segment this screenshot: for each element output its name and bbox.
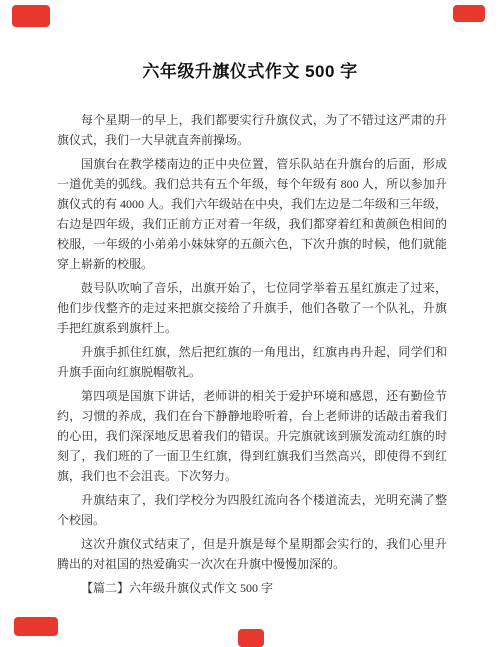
essay-paragraph: 国旗台在教学楼南边的正中央位置，管乐队站在升旗台的后面，形成一道优美的弧线。我们… bbox=[57, 154, 447, 274]
red-corner-mark-bottom-center bbox=[238, 629, 264, 647]
essay-paragraph: 每个星期一的早上，我们都要实行升旗仪式，为了不错过这严肃的升旗仪式，我们一大早就… bbox=[57, 110, 447, 150]
essay-paragraph-section-heading: 【篇二】六年级升旗仪式作文 500 字 bbox=[57, 578, 447, 598]
essay-body: 每个星期一的早上，我们都要实行升旗仪式，为了不错过这严肃的升旗仪式，我们一大早就… bbox=[57, 110, 447, 598]
page-title: 六年级升旗仪式作文 500 字 bbox=[0, 60, 500, 84]
essay-paragraph: 升旗手抓住红旗，然后把红旗的一角甩出，红旗冉冉升起，同学们和升旗手面向红旗脱帽敬… bbox=[57, 342, 447, 382]
essay-paragraph: 这次升旗仪式结束了，但是升旗是每个星期都会实行的，我们心里升腾出的对祖国的热爱确… bbox=[57, 534, 447, 574]
document-page: 六年级升旗仪式作文 500 字 每个星期一的早上，我们都要实行升旗仪式，为了不错… bbox=[0, 0, 500, 647]
red-corner-mark-top-right bbox=[453, 5, 485, 22]
essay-paragraph: 升旗结束了，我们学校分为四股红流向各个楼道流去，光明充满了整个校园。 bbox=[57, 490, 447, 530]
essay-paragraph: 第四项是国旗下讲话，老师讲的相关于爱护环境和感恩，还有勤俭节约，习惯的养成，我们… bbox=[57, 386, 447, 486]
essay-paragraph: 鼓号队吹响了音乐，出旗开始了，七位同学举着五星红旗走了过来，他们步伐整齐的走过来… bbox=[57, 278, 447, 338]
red-corner-mark-top-left bbox=[12, 5, 50, 27]
red-corner-mark-bottom-left bbox=[14, 617, 58, 636]
